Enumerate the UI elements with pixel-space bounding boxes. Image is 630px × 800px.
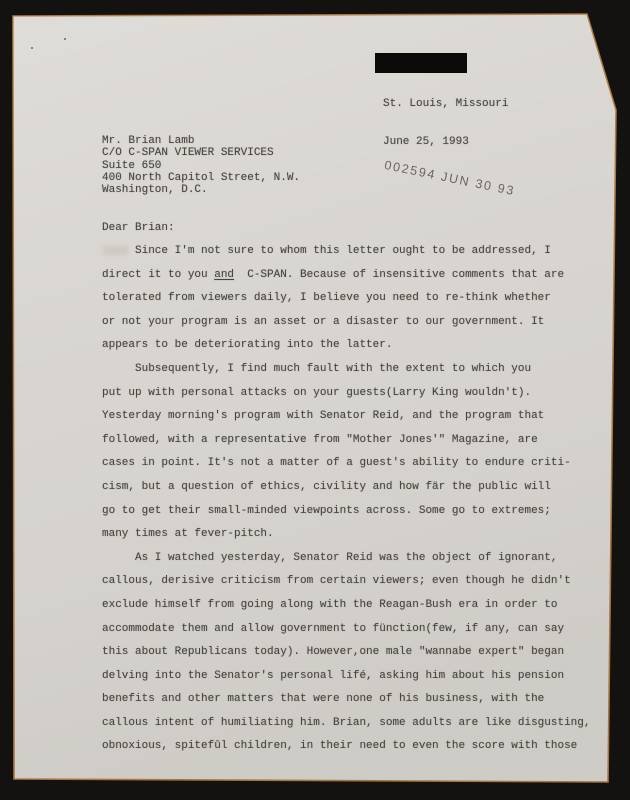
body-line: put up with personal attacks on your gue… (102, 382, 590, 406)
body-line: benefits and other matters that were non… (102, 688, 590, 712)
body-line: Subsequently, I find much fault with the… (102, 358, 590, 382)
body-line: exclude himself from going along with th… (102, 594, 590, 618)
city-line: St. Louis, Missouri (383, 98, 508, 111)
address-line: Washington, D.C. (102, 184, 300, 196)
body-line: appears to be deteriorating into the lat… (102, 334, 590, 358)
address-line: C/O C-SPAN VIEWER SERVICES (102, 147, 300, 159)
scanned-letter-screenshot: { "letter": { "origin": { "city_line": "… (0, 0, 630, 800)
body-line: As I watched yesterday, Senator Reid was… (102, 547, 590, 571)
address-line: 400 North Capitol Street, N.W. (102, 172, 300, 184)
body-line: go to get their small-minded viewpoints … (102, 500, 590, 524)
redaction-bar (375, 53, 467, 73)
body-line: cases in point. It's not a matter of a g… (102, 452, 590, 476)
letter-body: Since I'm not sure to whom this letter o… (102, 240, 590, 759)
body-line: or not your program is an asset or a dis… (102, 311, 590, 335)
date-line: June 25, 1993 (383, 136, 508, 149)
salutation: Dear Brian: (102, 221, 175, 235)
body-line: direct it to you and C-SPAN. Because of … (102, 264, 590, 288)
body-line: tolerated from viewers daily, I believe … (102, 287, 590, 311)
body-line: accommodate them and allow government to… (102, 618, 590, 642)
body-line: obnoxious, spitefūl children, in their n… (102, 735, 590, 759)
body-line: delving into the Senator's personal lifé… (102, 665, 590, 689)
body-line: callous intent of humiliating him. Brian… (102, 712, 590, 736)
recipient-address: Mr. Brian LambC/O C-SPAN VIEWER SERVICES… (102, 135, 300, 196)
body-line: Yesterday morning's program with Senator… (102, 405, 590, 429)
address-line: Mr. Brian Lamb (102, 135, 300, 147)
scan-speck (31, 47, 33, 49)
city-date-block: St. Louis, Missouri June 25, 1993 (383, 73, 508, 161)
scan-speck (64, 38, 66, 40)
body-line: cism, but a question of ethics, civility… (102, 476, 590, 500)
body-line: this about Republicans today). However,o… (102, 641, 590, 665)
address-line: Suite 650 (102, 160, 300, 172)
body-line: callous, derisive criticism from certain… (102, 570, 590, 594)
body-line: many times at fever-pitch. (102, 523, 590, 547)
body-line: followed, with a representative from "Mo… (102, 429, 590, 453)
body-line: Since I'm not sure to whom this letter o… (102, 240, 590, 264)
